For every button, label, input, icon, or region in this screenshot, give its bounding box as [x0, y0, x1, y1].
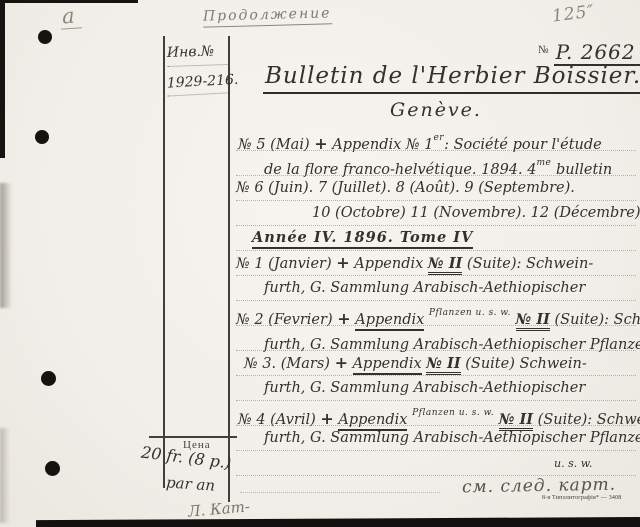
entry-segment: Appendix: [353, 356, 422, 375]
journal-title: Bulletin de l'Herbier Boissier.: [263, 63, 640, 94]
entry-segment: № II: [428, 255, 462, 275]
entry-line: de la flore franco-helvétique. 1894. 4me…: [236, 151, 636, 176]
entry-line: № 6 (Juin). 7 (Juillet). 8 (Août). 9 (Se…: [236, 176, 636, 201]
entry-line: № 4 (Avril) + Appendix Pflanzen u. s. w.…: [236, 401, 636, 426]
price-period: par an: [165, 473, 215, 494]
continuation-note: Продолжение: [203, 5, 332, 27]
page-number-note: 125″: [551, 1, 596, 26]
card-number: № P. 2662 III: [538, 40, 640, 64]
entry-lines: № 5 (Mai) + Appendix № 1er: Société pour…: [236, 126, 636, 476]
entry-segment: № II: [426, 355, 460, 375]
column-rule-right: [228, 36, 230, 502]
ruled-line-fragment: [240, 492, 440, 493]
entry-segment: furth, G. Sammlung Arabisch-Aethiopische…: [264, 430, 640, 446]
column-rule-left: [163, 36, 165, 488]
scan-edge-bottom: [36, 517, 640, 527]
entry-segment: № 1 (Janvier): [236, 256, 336, 272]
entry-segment: № 6 (Juin). 7 (Juillet). 8 (Août). 9 (Se…: [236, 180, 575, 196]
entry-segment: Appendix: [350, 256, 428, 272]
price-amount: 20 fr. (8 р.): [140, 443, 232, 473]
price-cell-rule: [149, 436, 237, 438]
inventory-label: Инв.№: [167, 43, 228, 67]
entry-line: furth, G. Sammlung Arabisch-Aethiopische…: [236, 326, 636, 351]
entry-line: № 3. (Mars) + Appendix № II (Suite) Schw…: [236, 351, 636, 376]
inventory-block: Инв.№ 1929-216.: [167, 44, 227, 95]
entry-line: furth, G. Sammlung Arabisch-Aethiopische…: [236, 276, 636, 301]
entry-segment: er: [433, 133, 444, 143]
entry-segment: furth, G. Sammlung Arabisch-Aethiopische…: [264, 280, 585, 296]
cataloger-note: Л. Кат-: [187, 497, 250, 520]
inventory-number: 1929-216.: [166, 72, 227, 96]
entry-segment: Pflanzen u. s. w.: [412, 408, 494, 418]
entry-segment: Pflanzen u. s. w.: [429, 308, 511, 318]
entry-segment: Année IV. 1896. Tome IV: [252, 229, 473, 249]
entry-line: u. s. w.: [236, 451, 636, 476]
printer-imprint: 8-я Типолитографія* — 3408: [542, 495, 622, 501]
punch-hole: [35, 130, 49, 144]
entry-segment: +: [336, 253, 349, 272]
entry-line: Année IV. 1896. Tome IV: [236, 226, 636, 251]
scan-edge-left: [0, 0, 5, 158]
entry-segment: u. s. w.: [554, 457, 592, 470]
entry-segment: [348, 356, 353, 372]
see-next-card-note: см. след. карт.: [462, 475, 616, 498]
entry-line: № 5 (Mai) + Appendix № 1er: Société pour…: [236, 126, 636, 151]
entry-segment: № 3. (Mars): [244, 356, 335, 372]
entry-line: № 1 (Janvier) + Appendix № II (Suite): S…: [236, 251, 636, 276]
punch-hole: [41, 371, 56, 386]
entry-line: 10 (Octobre) 11 (Novembre). 12 (Décembre…: [236, 201, 636, 226]
scan-edge-top: [0, 0, 138, 3]
entry-line: furth, G. Sammlung Arabisch-Aethiopische…: [236, 426, 636, 451]
catalog-card-scan: a Продолжение 125″ № P. 2662 III Инв.№ 1…: [0, 0, 640, 527]
entry-segment: me: [536, 158, 551, 168]
entry-segment: 10 (Octobre) 11 (Novembre). 12 (Décembre…: [312, 205, 640, 221]
corner-letter-note: a: [59, 3, 81, 29]
entry-segment: +: [335, 353, 348, 372]
entry-segment: furth, G. Sammlung Arabisch-Aethiopische…: [264, 380, 585, 396]
entry-line: furth, G. Sammlung Arabisch-Aethiopische…: [236, 376, 636, 401]
scan-smudge-upper: [0, 183, 12, 308]
journal-city: Genève.: [236, 99, 636, 121]
entry-segment: (Suite): Schwein-: [462, 256, 593, 272]
entry-line: № 2 (Fevrier) + Appendix Pflanzen u. s. …: [236, 301, 636, 326]
numero-sign: №: [538, 44, 549, 56]
scan-smudge-lower: [0, 428, 10, 523]
entry-segment: (Suite) Schwein-: [461, 356, 587, 372]
punch-hole: [45, 461, 60, 476]
punch-hole: [38, 30, 52, 44]
